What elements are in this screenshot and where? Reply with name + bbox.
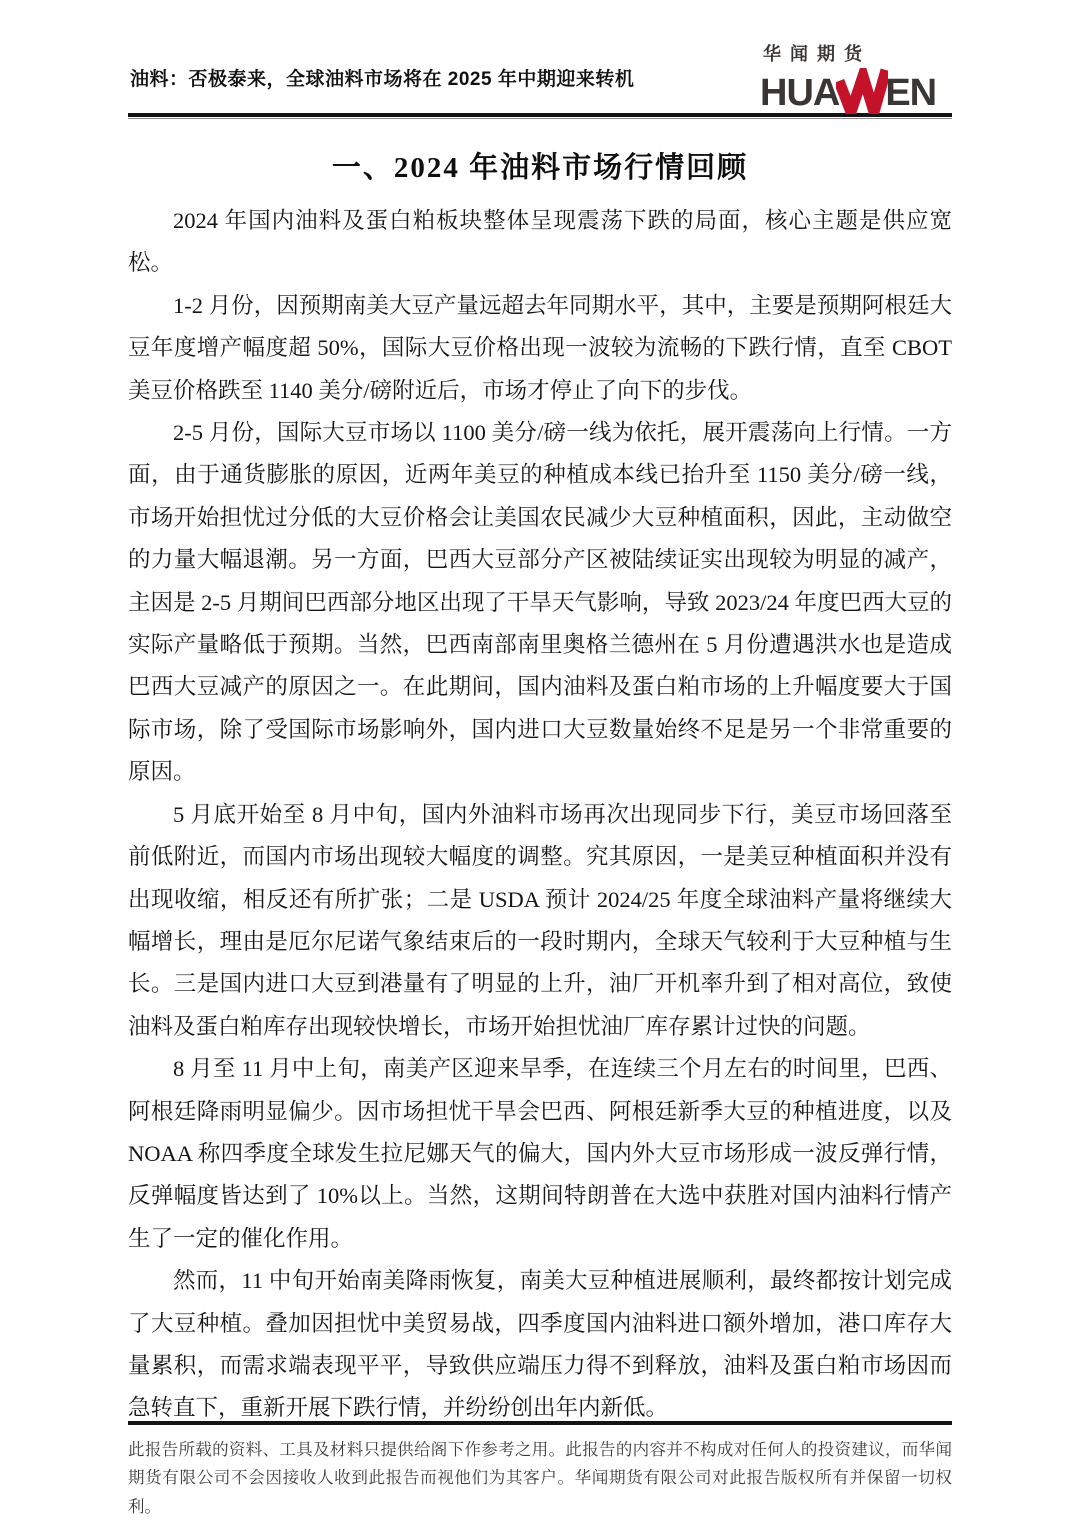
body-paragraph-5: 8 月至 11 月中上旬，南美产区迎来旱季，在连续三个月左右的时间里，巴西、阿根… xyxy=(128,1048,952,1260)
huawen-w-icon xyxy=(836,68,888,114)
brand-prefix: HUA xyxy=(760,76,839,111)
report-page: 油料：否极泰来，全球油料市场将在 2025 年中期迎来转机 华闻期货 HUA E… xyxy=(0,0,1080,1527)
footer-divider xyxy=(128,1421,952,1425)
section-title: 一、2024 年油料市场行情回顾 xyxy=(128,145,952,186)
brand-suffix: EN xyxy=(885,76,936,111)
report-title: 油料：否极泰来，全球油料市场将在 2025 年中期迎来转机 xyxy=(130,64,634,91)
body-paragraph-4: 5 月底开始至 8 月中旬，国内外油料市场再次出现同步下行，美豆市场回落至前低附… xyxy=(128,794,952,1048)
page-footer: 此报告所载的资料、工具及材料只提供给阁下作参考之用。此报告的内容并不构成对任何人… xyxy=(128,1421,952,1521)
body-paragraph-3: 2-5 月份，国际大豆市场以 1100 美分/磅一线为依托，展开震荡向上行情。一… xyxy=(128,412,952,794)
document-body: 一、2024 年油料市场行情回顾 2024 年国内油料及蛋白粕板块整体呈现震荡下… xyxy=(128,119,952,1430)
footer-disclaimer: 此报告所载的资料、工具及材料只提供给阁下作参考之用。此报告的内容并不构成对任何人… xyxy=(128,1436,952,1522)
company-brand-wordmark: HUA EN xyxy=(760,66,952,111)
body-paragraph-2: 1-2 月份，因预期南美大豆产量远超去年同期水平，其中，主要是预期阿根廷大豆年度… xyxy=(128,285,952,412)
company-name-chinese: 华闻期货 xyxy=(763,40,952,66)
body-paragraph-6: 然而，11 中旬开始南美降雨恢复，南美大豆种植进展顺利，最终都按计划完成了大豆种… xyxy=(128,1260,952,1430)
company-logo: 华闻期货 HUA EN xyxy=(760,40,952,111)
page-header: 油料：否极泰来，全球油料市场将在 2025 年中期迎来转机 华闻期货 HUA E… xyxy=(128,0,952,113)
body-paragraph-1: 2024 年国内油料及蛋白粕板块整体呈现震荡下跌的局面，核心主题是供应宽松。 xyxy=(128,200,952,285)
